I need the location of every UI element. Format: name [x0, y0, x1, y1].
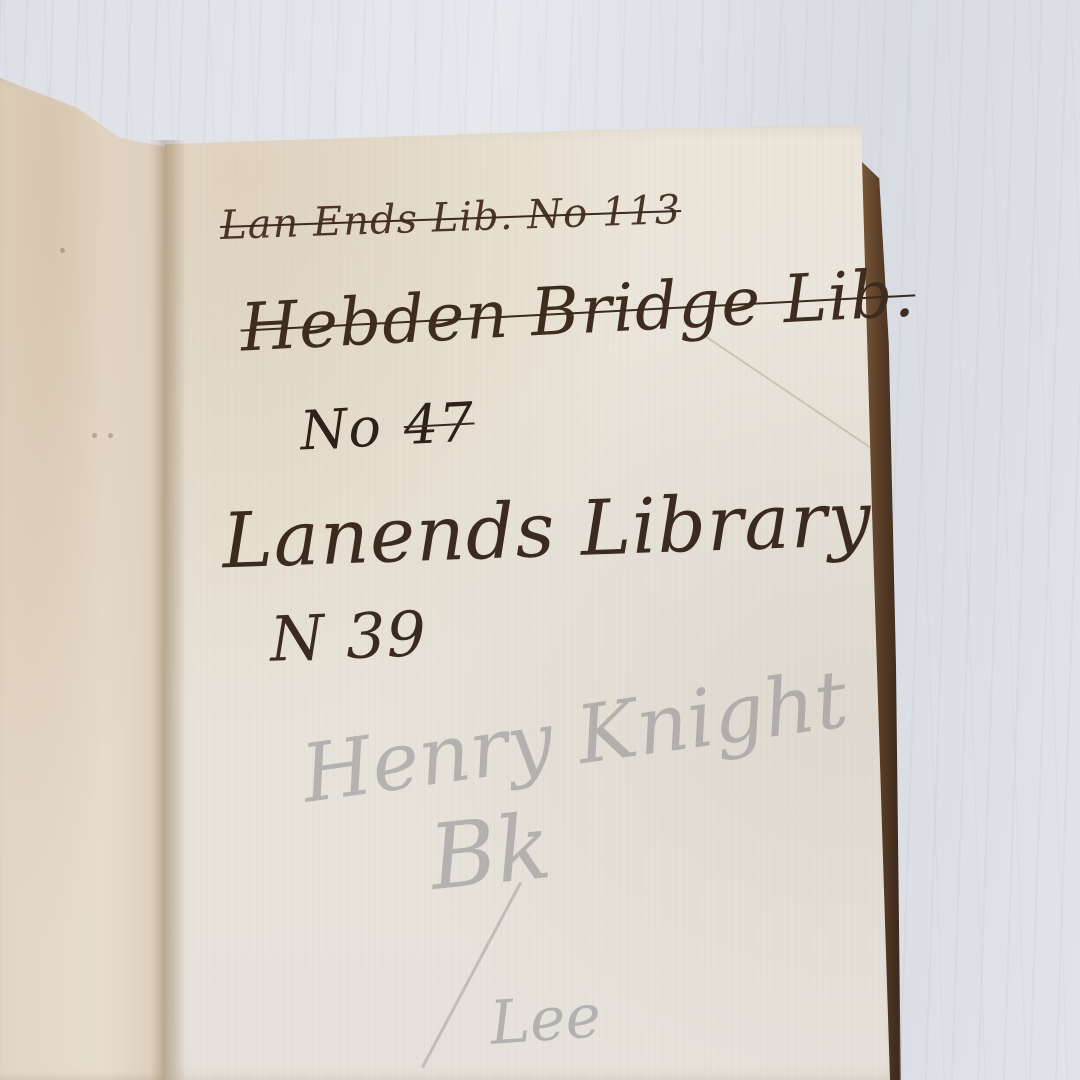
struck-number: 47: [402, 390, 476, 457]
paper-spot: [92, 433, 97, 438]
number-prefix: No: [298, 395, 383, 462]
book-gutter: [150, 140, 184, 1080]
paper-spot: [108, 433, 113, 438]
inscription-library-number: N 39: [269, 597, 428, 675]
page-crease: [704, 335, 888, 460]
pencil-signature-place: Lee: [488, 981, 603, 1059]
pencil-signature-initials: Bk: [425, 794, 556, 911]
inscription-number-struck: No47: [298, 390, 476, 462]
paper-spot: [60, 248, 65, 253]
left-page: [0, 78, 172, 1080]
